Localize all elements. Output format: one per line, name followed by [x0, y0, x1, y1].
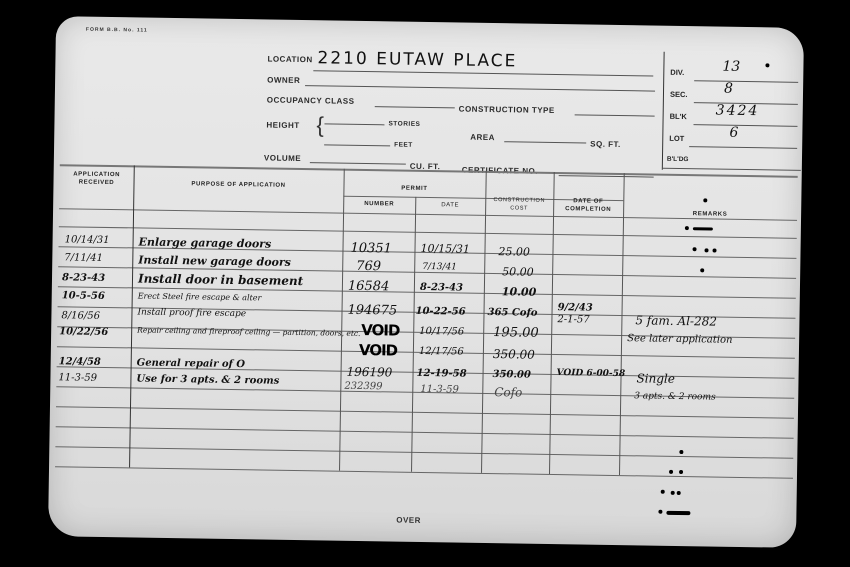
row-3-purpose: Erect Steel fire escape & alter — [138, 291, 262, 302]
row-6-cost: 350.00 — [492, 369, 530, 381]
row-1-number: 769 — [356, 259, 381, 274]
blk-value: 3424 — [716, 103, 760, 120]
row-7-cost: Cofo — [494, 385, 522, 399]
row-7-purpose: Use for 3 apts. & 2 rooms — [136, 373, 279, 386]
lot-label: LOT — [669, 134, 684, 143]
row-2-received: 8-23-43 — [62, 272, 105, 284]
row-3-date: 10-22-56 — [415, 306, 465, 318]
parcel-box: DIV. 13 SEC. 8 BL'K 3424 LOT 6 B'L'DG — [662, 52, 803, 172]
row-3-number: 194675 — [347, 303, 397, 319]
row-5-received: 10/22/56 — [59, 326, 108, 338]
punch-dash — [693, 227, 713, 230]
row-0-received: 10/14/31 — [65, 234, 110, 246]
row-5-date: 12/17/56 — [419, 346, 464, 358]
punch-dot — [677, 491, 681, 495]
row-3-remarks: 5 fam. Al-282 — [635, 313, 717, 328]
row-3-received: 10-5-56 — [62, 290, 105, 302]
area-label: AREA — [470, 133, 495, 142]
row-2-purpose: Install door in basement — [138, 271, 303, 288]
punch-dot — [700, 268, 704, 272]
punch-dash — [666, 511, 690, 515]
row-5-cost: 350.00 — [493, 347, 535, 362]
row-6-purpose: General repair of O — [137, 357, 246, 370]
row-4-purpose: Install proof fire escape — [137, 307, 246, 319]
punch-dot — [658, 510, 662, 514]
row-6-received: 12/4/58 — [59, 356, 101, 368]
sec-value: 8 — [724, 81, 733, 97]
occupancy-class-label: OCCUPANCY CLASS — [267, 95, 355, 105]
row-5-number-void-stamp: VOID — [359, 341, 397, 360]
col-header-cost: CONSTRUCTION COST — [489, 196, 549, 213]
col-header-permit: PERMIT — [343, 184, 485, 194]
col-header-number: NUMBER — [343, 200, 415, 209]
col-header-purpose: PURPOSE OF APPLICATION — [133, 179, 343, 190]
stories-label: STORIES — [388, 120, 420, 128]
row-3-cost: 365 Cofo — [487, 307, 537, 319]
location-value: 2210 EUTAW PLACE — [317, 48, 517, 71]
form-number: FORM B.B. No. 111 — [86, 27, 148, 34]
row-6-date: 12-19-58 — [416, 368, 466, 380]
permit-table: APPLICATION RECEIVED PURPOSE OF APPLICAT… — [55, 164, 798, 496]
location-label: LOCATION — [267, 54, 312, 64]
punch-dot — [669, 470, 673, 474]
height-brace: { — [316, 114, 324, 136]
row-7-number: 232399 — [344, 381, 382, 393]
row-7-received: 11-3-59 — [58, 372, 97, 384]
col-header-received: APPLICATION RECEIVED — [59, 170, 133, 187]
row-2-date: 8-23-43 — [420, 282, 463, 294]
row-1-purpose: Install new garage doors — [138, 253, 291, 268]
punch-dot — [685, 226, 689, 230]
height-label: HEIGHT — [266, 120, 299, 130]
row-4-received: 8/16/56 — [61, 310, 100, 322]
punch-dot — [703, 198, 707, 202]
col-header-completion: DATE OF COMPLETION — [555, 197, 621, 214]
footer-over: OVER — [396, 516, 421, 525]
row-2-cost: 10.00 — [502, 285, 537, 299]
punch-dot — [671, 491, 675, 495]
feet-label: FEET — [394, 141, 413, 148]
punch-dot — [712, 248, 716, 252]
punch-dot — [679, 470, 683, 474]
row-3-completion-2: 2-1-57 — [557, 314, 589, 326]
row-4-number-void-stamp: VOID — [361, 321, 399, 340]
row-0-date: 10/15/31 — [420, 242, 470, 256]
row-4-date: 10/17/56 — [419, 326, 464, 338]
row-4-remarks: See later application — [627, 333, 732, 346]
row-1-date: 7/13/41 — [422, 262, 457, 273]
row-6-remarks: Single — [636, 371, 675, 386]
row-0-purpose: Enlarge garage doors — [138, 235, 271, 250]
punch-dot — [661, 490, 665, 494]
punch-dot — [765, 63, 769, 67]
punch-dot — [679, 450, 683, 454]
bldg-label: B'L'DG — [667, 156, 689, 163]
permit-index-card: FORM B.B. No. 111 LOCATION 2210 EUTAW PL… — [48, 16, 804, 548]
lot-value: 6 — [729, 125, 738, 141]
row-1-received: 7/11/41 — [64, 252, 103, 264]
row-6-completion: VOID 6-00-58 — [557, 368, 626, 379]
row-4-cost: 195.00 — [493, 325, 539, 341]
row-2-completion: 9/2/43 — [558, 302, 593, 314]
volume-label: VOLUME — [264, 153, 301, 163]
sec-label: SEC. — [670, 90, 688, 99]
row-7-date: 11-3-59 — [420, 384, 459, 396]
blk-label: BL'K — [670, 112, 687, 121]
row-0-number: 10351 — [350, 241, 392, 257]
row-7-remarks: 3 apts. & 2 rooms — [634, 391, 716, 402]
construction-type-label: CONSTRUCTION TYPE — [459, 104, 555, 115]
row-2-number: 16584 — [348, 279, 390, 295]
punch-dot — [704, 248, 708, 252]
owner-label: OWNER — [267, 75, 300, 85]
row-1-cost: 50.00 — [502, 265, 534, 278]
div-value: 13 — [722, 59, 740, 75]
row-6-number: 196190 — [346, 365, 392, 380]
div-label: DIV. — [670, 68, 684, 77]
punch-dot — [693, 247, 697, 251]
sq-ft-label: SQ. FT. — [590, 140, 621, 149]
col-header-date: DATE — [415, 201, 485, 210]
row-5-purpose: Repair ceiling and fireproof ceiling — p… — [137, 325, 360, 338]
row-0-cost: 25.00 — [498, 245, 530, 258]
